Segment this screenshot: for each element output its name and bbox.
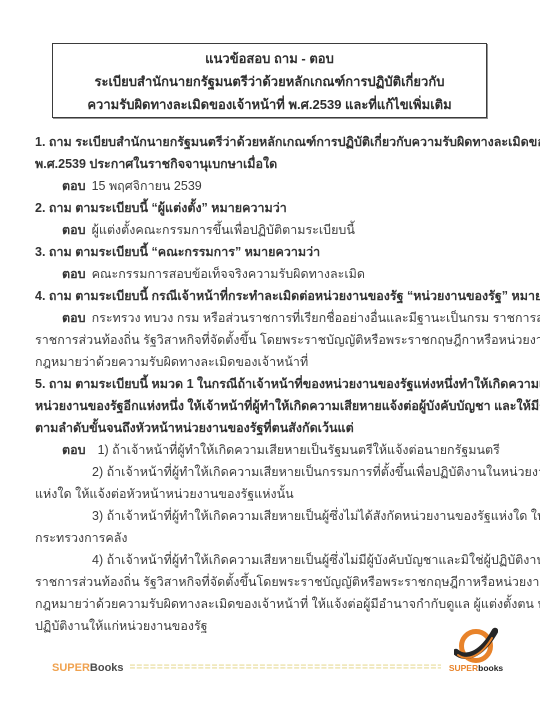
brand-left-books: Books bbox=[90, 662, 124, 674]
answer-line: ตอบ1) ถ้าเจ้าหน้าที่ผู้ทำให้เกิดความเสีย… bbox=[35, 439, 505, 461]
line-text: กฎหมายว่าด้วยความรับผิดทางละเมิดของเจ้าห… bbox=[35, 355, 308, 369]
answer-line: 2) ถ้าเจ้าหน้าที่ผู้ทำให้เกิดความเสียหาย… bbox=[35, 461, 505, 483]
title-line-3: ความรับผิดทางละเมิดของเจ้าหน้าที่ พ.ศ.25… bbox=[53, 93, 486, 116]
line-text: 15 พฤศจิกายน 2539 bbox=[92, 179, 202, 193]
question-line: 1. ถาม ระเบียบสำนักนายกรัฐมนตรีว่าด้วยหล… bbox=[35, 131, 505, 153]
line-text: ตามลำดับขั้นจนถึงหัวหน้าหน่วยงานของรัฐที… bbox=[35, 421, 354, 435]
answer-line: กระทรวงการคลัง bbox=[35, 527, 505, 549]
question-line: พ.ศ.2539 ประกาศในราชกิจจานุเบกษาเมื่อใด bbox=[35, 153, 505, 175]
answer-label: ตอบ bbox=[62, 223, 86, 237]
question-line: หน่วยงานของรัฐอีกแห่งหนึ่ง ให้เจ้าหน้าที… bbox=[35, 395, 505, 417]
line-text: 2. ถาม ตามระเบียบนี้ “ผู้แต่งตั้ง” หมายค… bbox=[35, 201, 287, 215]
title-line-2: ระเบียบสำนักนายกรัฐมนตรีว่าด้วยหลักเกณฑ์… bbox=[53, 70, 486, 93]
page-footer: SUPERBooks =============================… bbox=[52, 658, 505, 678]
brand-left-super: SUPER bbox=[52, 662, 90, 674]
line-text: 1) ถ้าเจ้าหน้าที่ผู้ทำให้เกิดความเสียหาย… bbox=[98, 443, 500, 457]
question-line: 4. ถาม ตามระเบียบนี้ กรณีเจ้าหน้าที่กระท… bbox=[35, 285, 505, 307]
answer-line: ตอบคณะกรรมการสอบข้อเท็จจริงความรับผิดทาง… bbox=[35, 263, 505, 285]
line-text: ราชการส่วนท้องถิ่น รัฐวิสาหกิจที่จัดตั้ง… bbox=[35, 575, 540, 589]
answer-line: ราชการส่วนท้องถิ่น รัฐวิสาหกิจที่จัดตั้ง… bbox=[35, 329, 505, 351]
answer-line: ตอบผู้แต่งตั้งคณะกรรมการขึ้นเพื่อปฏิบัติ… bbox=[35, 219, 505, 241]
answer-line: 4) ถ้าเจ้าหน้าที่ผู้ทำให้เกิดความเสียหาย… bbox=[35, 549, 505, 571]
question-line: 2. ถาม ตามระเบียบนี้ “ผู้แต่งตั้ง” หมายค… bbox=[35, 197, 505, 219]
answer-line: ตอบกระทรวง ทบวง กรม หรือส่วนราชการที่เรี… bbox=[35, 307, 505, 329]
title-box: แนวข้อสอบ ถาม - ตอบ ระเบียบสำนักนายกรัฐม… bbox=[52, 43, 487, 118]
document-page: แนวข้อสอบ ถาม - ตอบ ระเบียบสำนักนายกรัฐม… bbox=[0, 0, 540, 702]
answer-line: กฎหมายว่าด้วยความรับผิดทางละเมิดของเจ้าห… bbox=[35, 351, 505, 373]
question-line: ตามลำดับขั้นจนถึงหัวหน้าหน่วยงานของรัฐที… bbox=[35, 417, 505, 439]
line-text: 5. ถาม ตามระเบียบนี้ หมวด 1 ในกรณีถ้าเจ้… bbox=[35, 377, 540, 391]
answer-line: ปฏิบัติงานให้แก่หน่วยงานของรัฐ bbox=[35, 615, 505, 637]
logo-block: SUPERbooks bbox=[447, 663, 505, 673]
line-text: ผู้แต่งตั้งคณะกรรมการขึ้นเพื่อปฏิบัติตาม… bbox=[92, 223, 355, 237]
line-text: 3) ถ้าเจ้าหน้าที่ผู้ทำให้เกิดความเสียหาย… bbox=[92, 509, 540, 523]
line-text: 4) ถ้าเจ้าหน้าที่ผู้ทำให้เกิดความเสียหาย… bbox=[92, 553, 540, 567]
line-text: กระทรวง ทบวง กรม หรือส่วนราชการที่เรียกช… bbox=[92, 311, 540, 325]
answer-label: ตอบ bbox=[62, 179, 86, 193]
line-text: กระทรวงการคลัง bbox=[35, 531, 128, 545]
document-body: 1. ถาม ระเบียบสำนักนายกรัฐมนตรีว่าด้วยหล… bbox=[35, 131, 505, 637]
line-text: ปฏิบัติงานให้แก่หน่วยงานของรัฐ bbox=[35, 619, 208, 633]
footer-divider: ========================================… bbox=[130, 658, 441, 678]
answer-label: ตอบ bbox=[62, 311, 86, 325]
superbooks-logo-icon bbox=[454, 625, 498, 665]
line-text: 2) ถ้าเจ้าหน้าที่ผู้ทำให้เกิดความเสียหาย… bbox=[92, 465, 540, 479]
answer-line: กฎหมายว่าด้วยความรับผิดทางละเมิดของเจ้าห… bbox=[35, 593, 505, 615]
line-text: ราชการส่วนท้องถิ่น รัฐวิสาหกิจที่จัดตั้ง… bbox=[35, 333, 540, 347]
answer-line: 3) ถ้าเจ้าหน้าที่ผู้ทำให้เกิดความเสียหาย… bbox=[35, 505, 505, 527]
line-text: คณะกรรมการสอบข้อเท็จจริงความรับผิดทางละเ… bbox=[92, 267, 365, 281]
question-line: 5. ถาม ตามระเบียบนี้ หมวด 1 ในกรณีถ้าเจ้… bbox=[35, 373, 505, 395]
line-text: 4. ถาม ตามระเบียบนี้ กรณีเจ้าหน้าที่กระท… bbox=[35, 289, 540, 303]
answer-label: ตอบ bbox=[62, 267, 86, 281]
line-text: พ.ศ.2539 ประกาศในราชกิจจานุเบกษาเมื่อใด bbox=[35, 157, 277, 171]
answer-label: ตอบ bbox=[62, 443, 86, 457]
answer-line: ตอบ15 พฤศจิกายน 2539 bbox=[35, 175, 505, 197]
line-text: กฎหมายว่าด้วยความรับผิดทางละเมิดของเจ้าห… bbox=[35, 597, 540, 611]
line-text: 1. ถาม ระเบียบสำนักนายกรัฐมนตรีว่าด้วยหล… bbox=[35, 135, 540, 149]
line-text: หน่วยงานของรัฐอีกแห่งหนึ่ง ให้เจ้าหน้าที… bbox=[35, 399, 540, 413]
line-text: 3. ถาม ตามระเบียบนี้ “คณะกรรมการ” หมายคว… bbox=[35, 245, 320, 259]
question-line: 3. ถาม ตามระเบียบนี้ “คณะกรรมการ” หมายคว… bbox=[35, 241, 505, 263]
line-text: แห่งใด ให้แจ้งต่อหัวหน้าหน่วยงานของรัฐแห… bbox=[35, 487, 294, 501]
answer-line: แห่งใด ให้แจ้งต่อหัวหน้าหน่วยงานของรัฐแห… bbox=[35, 483, 505, 505]
answer-line: ราชการส่วนท้องถิ่น รัฐวิสาหกิจที่จัดตั้ง… bbox=[35, 571, 505, 593]
title-line-1: แนวข้อสอบ ถาม - ตอบ bbox=[53, 47, 486, 70]
brand-left: SUPERBooks bbox=[52, 662, 124, 674]
